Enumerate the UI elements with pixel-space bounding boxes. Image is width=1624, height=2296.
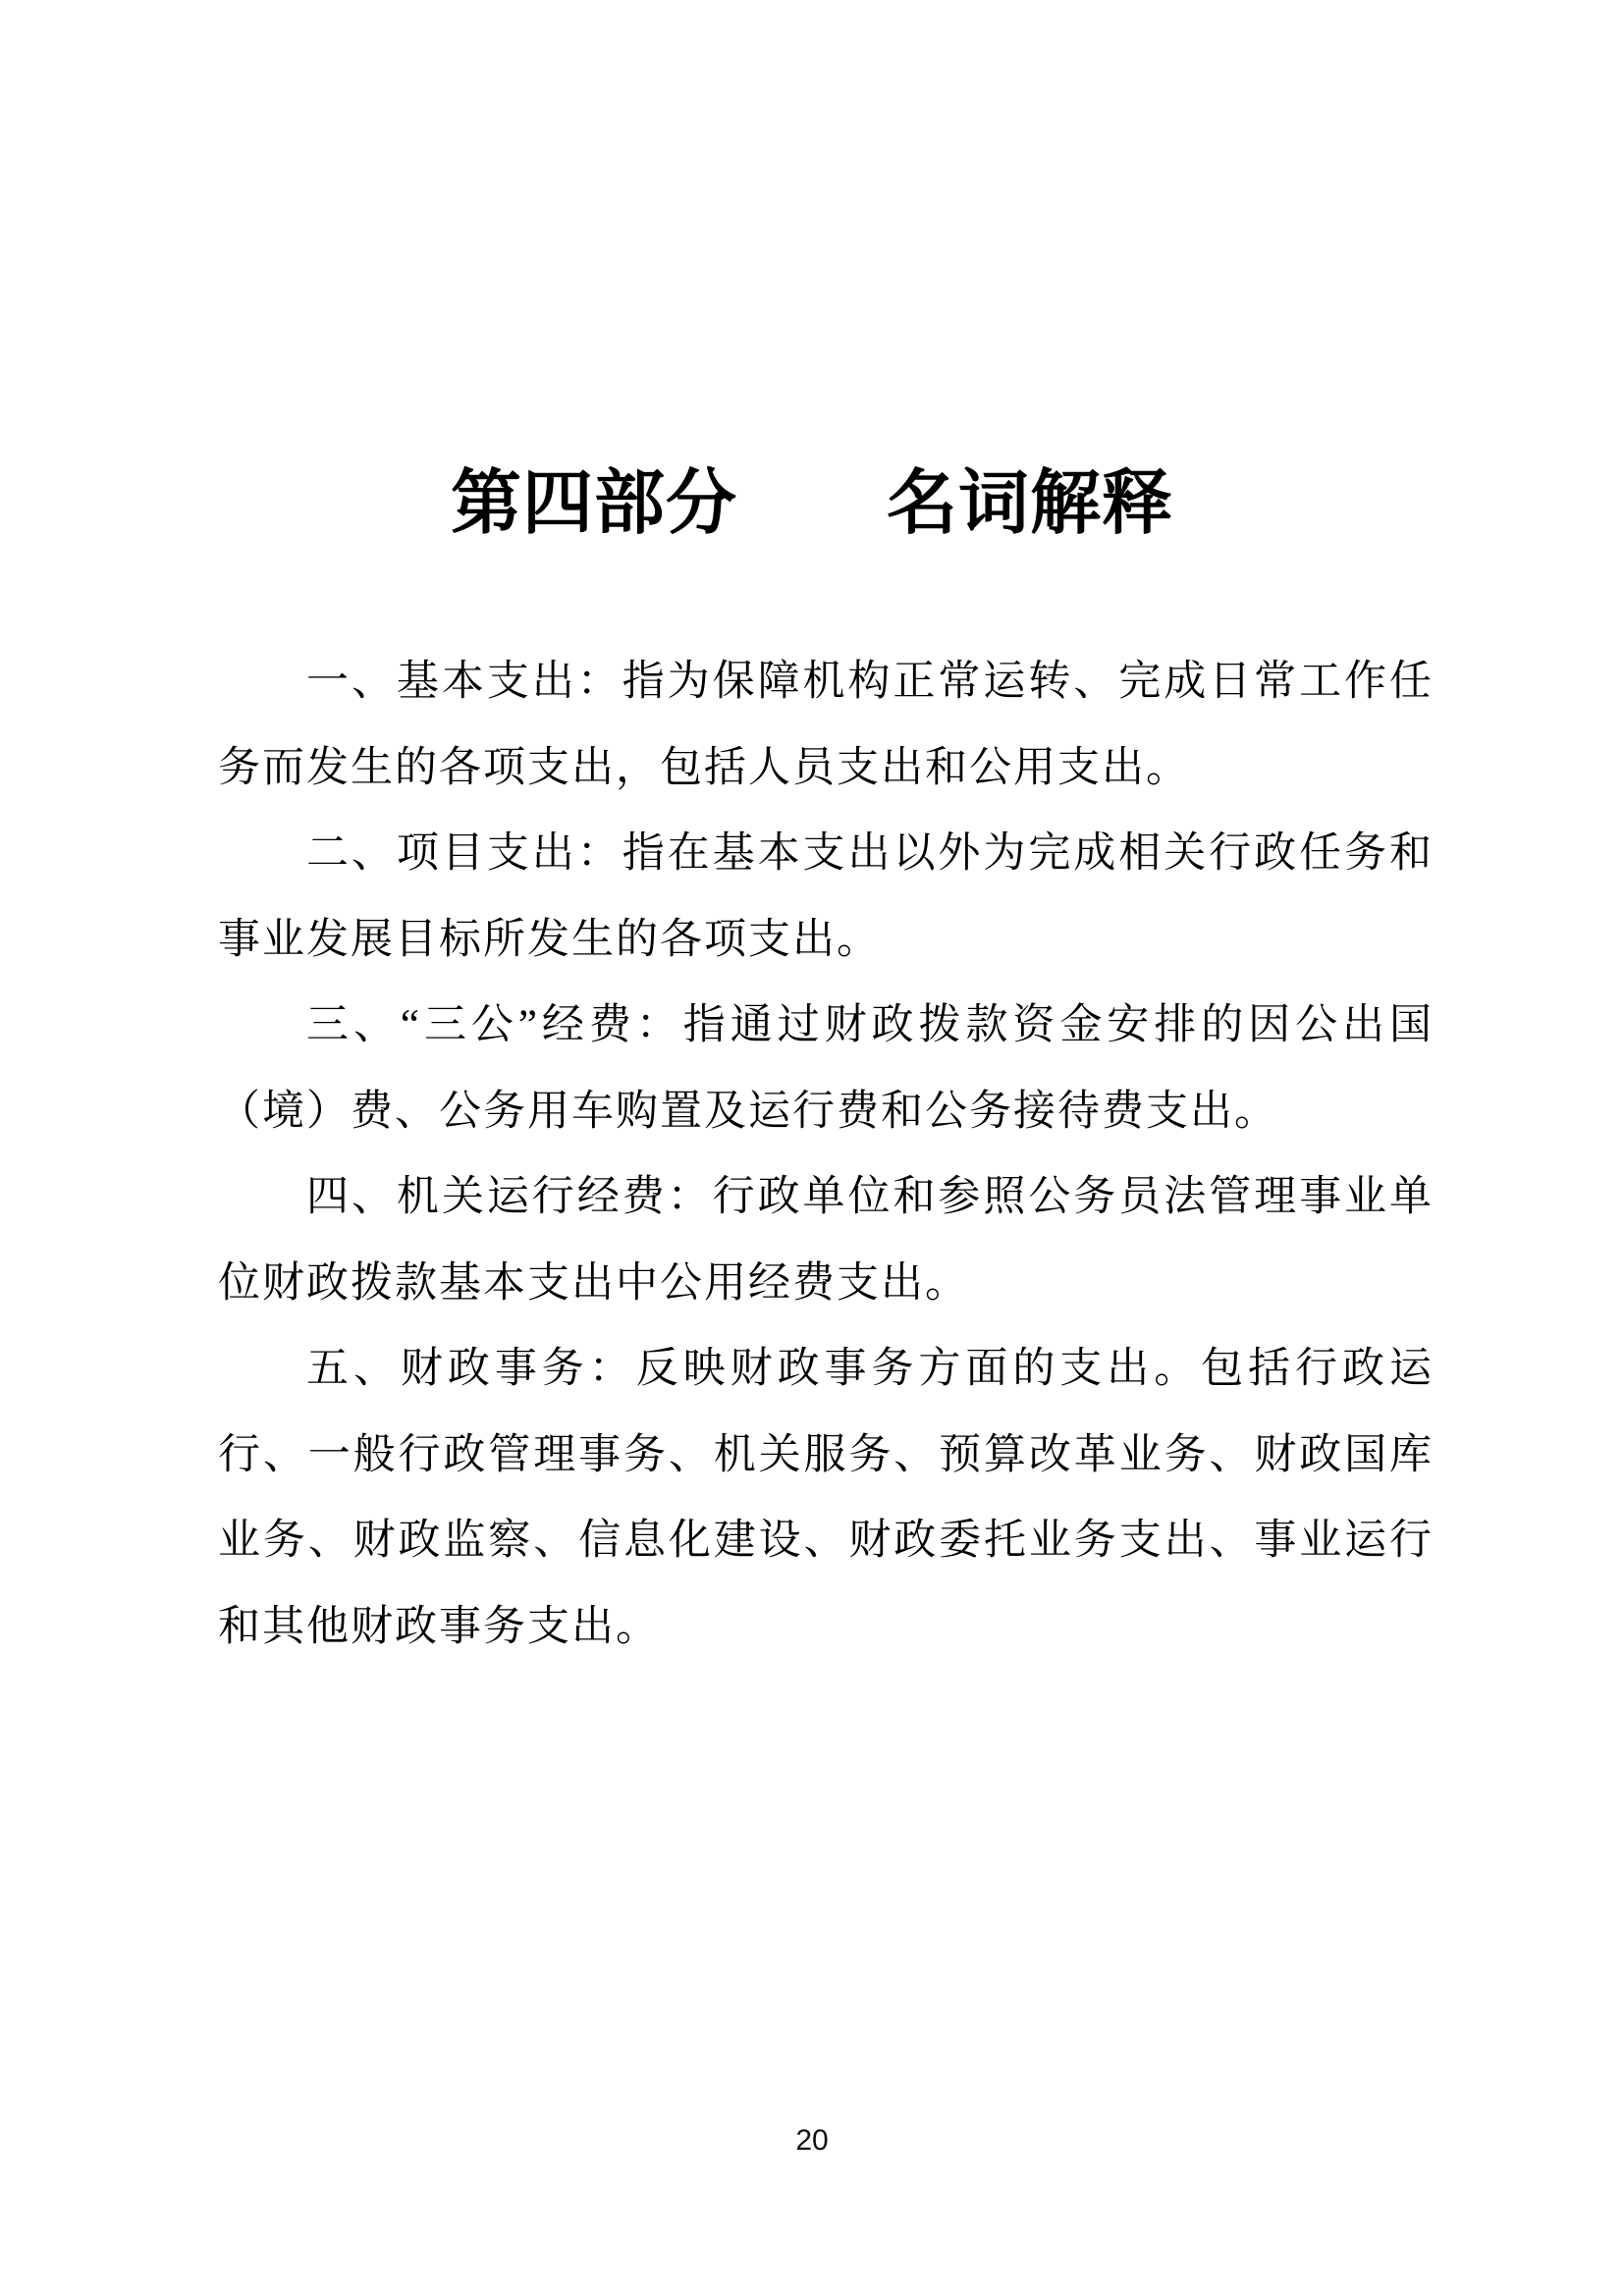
page-title: 第四部分 名词解释 — [0, 459, 1624, 548]
page-number: 20 — [795, 2124, 828, 2157]
page-title-part-2: 名词解释 — [887, 459, 1173, 548]
paragraph-three-public-funds: 三、“三公”经费：指通过财政拨款资金安排的因公出国（境）费、公务用车购置及运行费… — [218, 983, 1434, 1154]
page-title-part-1: 第四部分 — [451, 459, 737, 548]
paragraph-agency-operating-funds: 四、机关运行经费：行政单位和参照公务员法管理事业单位财政拨款基本支出中公用经费支… — [218, 1154, 1434, 1326]
document-body: 一、基本支出：指为保障机构正常运转、完成日常工作任务而发生的各项支出，包括人员支… — [218, 639, 1434, 1670]
page-footer: 20 — [0, 2123, 1624, 2159]
paragraph-fiscal-affairs: 五、财政事务：反映财政事务方面的支出。包括行政运行、一般行政管理事务、机关服务、… — [218, 1326, 1434, 1670]
document-page: 第四部分 名词解释 一、基本支出：指为保障机构正常运转、完成日常工作任务而发生的… — [0, 0, 1624, 2296]
paragraph-project-expenditure: 二、项目支出：指在基本支出以外为完成相关行政任务和事业发展目标所发生的各项支出。 — [218, 811, 1434, 983]
paragraph-basic-expenditure: 一、基本支出：指为保障机构正常运转、完成日常工作任务而发生的各项支出，包括人员支… — [218, 639, 1434, 811]
